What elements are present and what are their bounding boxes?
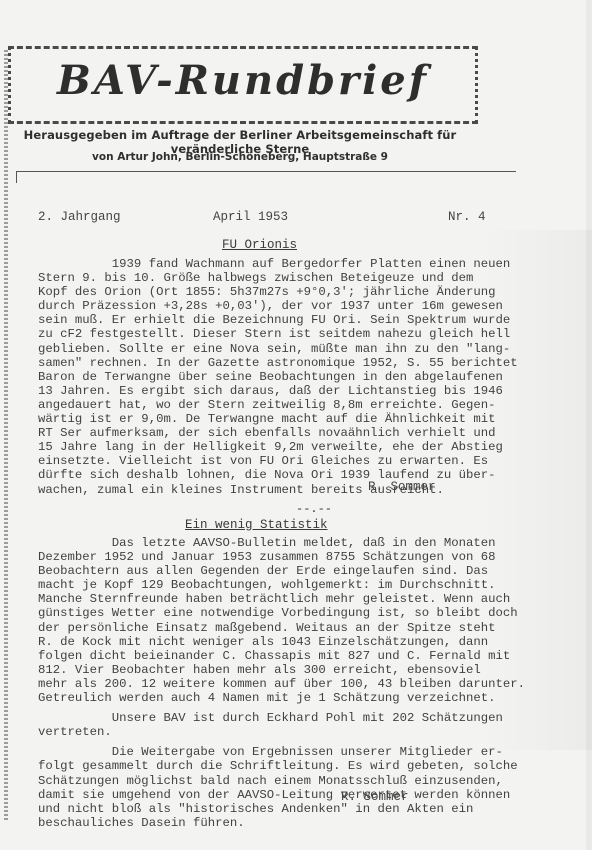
text-line: zu cF2 festgestellt. Dieser Stern ist se… xyxy=(38,327,558,341)
text-line: durch Präzession +3,28s +0,03'), der vor… xyxy=(38,299,558,313)
issue-date: April 1953 xyxy=(213,210,288,224)
text-line: 13 Jahren. Es ergibt sich daraus, daß de… xyxy=(38,384,558,398)
text-line: vertreten. xyxy=(38,725,558,739)
newsletter-page: BAV-Rundbrief Herausgegeben im Auftrage … xyxy=(0,0,592,850)
text-line: Manche Sternfreunde haben beträchtlich m… xyxy=(38,592,558,606)
address-line: von Artur John, Berlin-Schöneberg, Haupt… xyxy=(0,151,480,163)
article-signature: R. Sommer xyxy=(341,790,409,804)
binding-strip xyxy=(4,50,8,820)
article-title-statistik: Ein wenig Statistik xyxy=(185,518,328,532)
text-line: einsetzte. Vielleicht ist von FU Ori Gle… xyxy=(38,454,558,468)
text-line: Das letzte AAVSO-Bulletin meldet, daß in… xyxy=(38,536,558,550)
text-line: Dezember 1952 und Januar 1953 zusammen 8… xyxy=(38,550,558,564)
text-line: sein muß. Er erhielt die Bezeichnung FU … xyxy=(38,313,558,327)
header-rule-corner xyxy=(16,171,17,183)
text-line: Unsere BAV ist durch Eckhard Pohl mit 20… xyxy=(38,711,558,725)
text-line: dürfte sich deshalb lohnen, die Nova Ori… xyxy=(38,468,558,482)
masthead-title: BAV-Rundbrief xyxy=(11,57,475,104)
text-line: folgen dicht beieinander C. Chassapis mi… xyxy=(38,649,558,663)
text-line: geblieben. Sollte er eine Nova sein, müß… xyxy=(38,342,558,356)
text-line: 812. Vier Beobachter haben mehr als 300 … xyxy=(38,663,558,677)
masthead-frame: BAV-Rundbrief xyxy=(8,46,478,124)
section-separator: --.-- xyxy=(296,502,332,516)
text-line: macht je Kopf 129 Beobachtungen, wohlgem… xyxy=(38,578,558,592)
text-line: 15 Jahre lang in der Helligkeit 9,2m ver… xyxy=(38,440,558,454)
text-line: Kopf des Orion (Ort 1855: 5h37m27s +9°0,… xyxy=(38,285,558,299)
text-line: 1939 fand Wachmann auf Bergedorfer Platt… xyxy=(38,257,558,271)
article-signature: R. Sommer xyxy=(368,480,436,494)
article-title-fu-orionis: FU Orionis xyxy=(222,238,297,252)
text-line: Getreulich werden auch 4 Namen mit je 1 … xyxy=(38,691,558,705)
text-line: wärtig ist er 9,0m. De Terwangne macht a… xyxy=(38,412,558,426)
text-line: mehr als 200. 12 weitere kommen auf über… xyxy=(38,677,558,691)
text-line: der persönliche Einsatz maßgebend. Weita… xyxy=(38,621,558,635)
text-line: und nicht bloß als "historisches Andenke… xyxy=(38,802,558,816)
article-body-fu-orionis: 1939 fand Wachmann auf Bergedorfer Platt… xyxy=(38,257,558,497)
article-body-statistik: Das letzte AAVSO-Bulletin meldet, daß in… xyxy=(38,536,558,830)
text-line: Baron de Terwangne über seine Beobachtun… xyxy=(38,370,558,384)
text-line: damit sie umgehend von der AAVSO-Leitung… xyxy=(38,788,558,802)
header-rule xyxy=(16,171,516,172)
text-line: R. de Kock mit nicht weniger als 1043 Ei… xyxy=(38,635,558,649)
text-line: wachen, zumal ein kleines Instrument ber… xyxy=(38,483,558,497)
text-line: beschauliches Dasein führen. xyxy=(38,816,558,830)
text-line: folgt gesammelt durch die Schriftleitung… xyxy=(38,759,558,773)
text-line: angedauert hat, wo der Stern zeitweilig … xyxy=(38,398,558,412)
text-line: samen" rechnen. In der Gazette astronomi… xyxy=(38,356,558,370)
text-line: günstiges Wetter eine notwendige Vorbedi… xyxy=(38,606,558,620)
issue-volume: 2. Jahrgang xyxy=(38,210,121,224)
text-line: RT Ser aufmerksam, der sich ebenfalls no… xyxy=(38,426,558,440)
text-line: Die Weitergabe von Ergebnissen unserer M… xyxy=(38,745,558,759)
text-line: Beobachtern aus allen Gegenden der Erde … xyxy=(38,564,558,578)
text-line: Stern 9. bis 10. Größe halbwegs zwischen… xyxy=(38,271,558,285)
text-line: Schätzungen möglichst bald nach einem Mo… xyxy=(38,774,558,788)
issue-number: Nr. 4 xyxy=(448,210,486,224)
